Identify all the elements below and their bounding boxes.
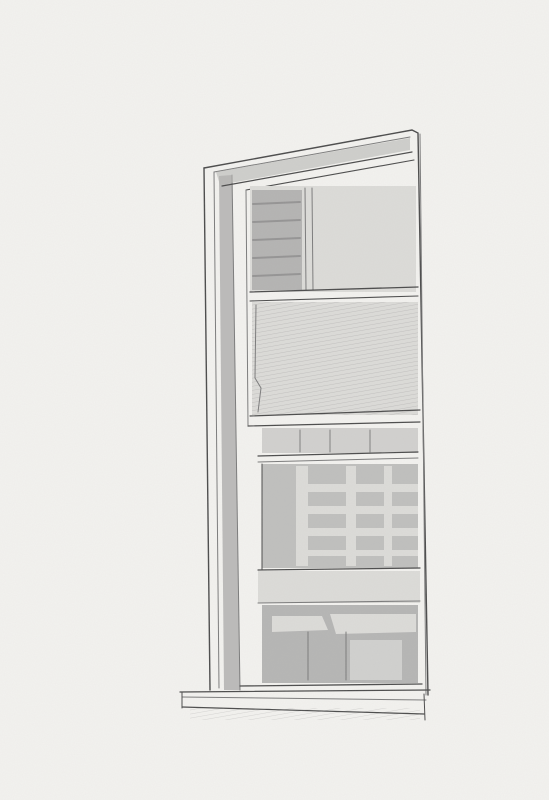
window-sketch	[0, 0, 549, 800]
